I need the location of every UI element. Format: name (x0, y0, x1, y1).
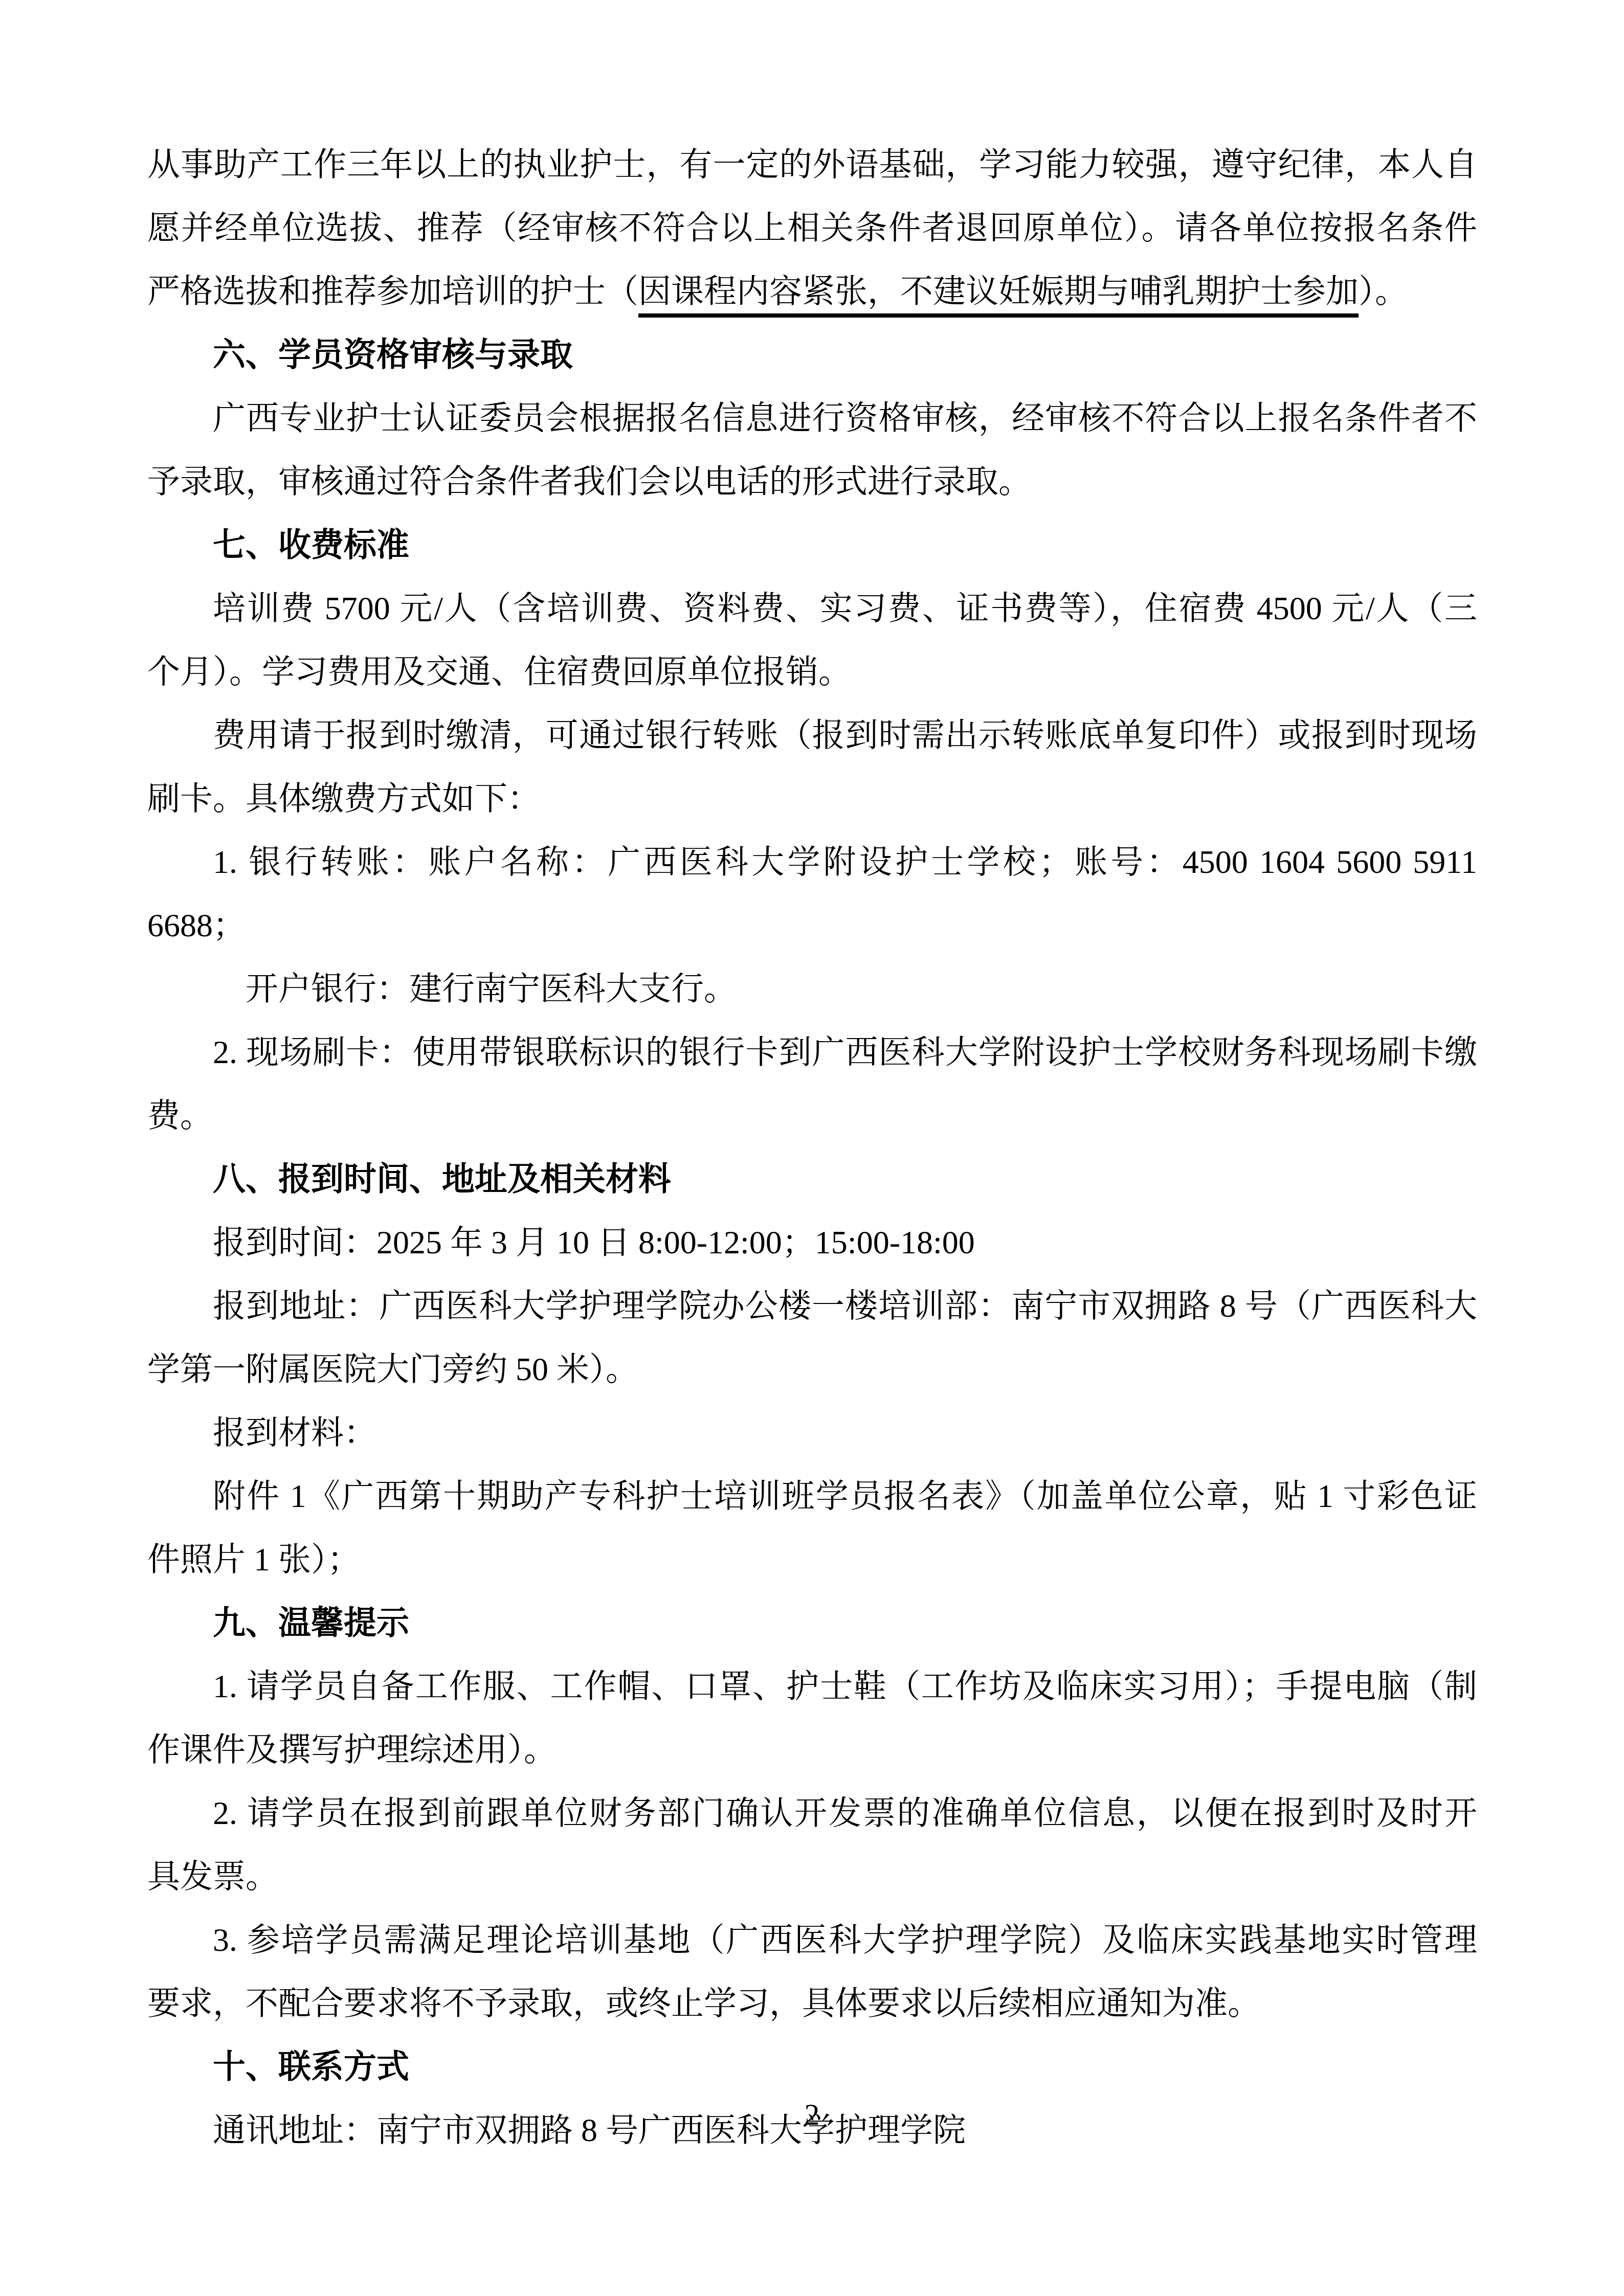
list-item-tip-1-line: 1. 请学员自备工作服、工作帽、口罩、护士鞋（工作坊及临床实习用）；手提电脑（制 (147, 1655, 1477, 1718)
heading-section-6-line: 六、学员资格审核与录取 (147, 323, 1477, 387)
list-item-tip-3-line: 3. 参培学员需满足理论培训基地（广西医科大学护理学院）及临床实践基地实时管理 (147, 1908, 1477, 1972)
text-segment: 件照片 1 张）； (147, 1541, 360, 1578)
list-item-tip-2-line: 具发票。 (147, 1845, 1477, 1908)
para-payment-due-line: 刷卡。具体缴费方式如下： (147, 767, 1477, 830)
text-segment: 十、联系方式 (213, 2049, 409, 2085)
text-segment: 七、收费标准 (213, 527, 409, 563)
page-footer: 2 (0, 2097, 1624, 2132)
text-segment: 费。 (147, 1097, 213, 1134)
text-segment: 作课件及撰写护理综述用）。 (147, 1731, 557, 1768)
text-segment: 2. 请学员在报到前跟单位财务部门确认开发票的准确单位信息，以便在报到时及时开 (213, 1795, 1477, 1831)
para-qualification-review-line: 予录取，审核通过符合条件者我们会以电话的形式进行录取。 (147, 450, 1477, 513)
underlined-text: 因课程内容紧张，不建议妊娠期与哺乳期护士参加 (638, 273, 1359, 318)
list-item-bank-transfer-line: 开户银行：建行南宁医科大支行。 (147, 957, 1477, 1021)
heading-section-10-line: 十、联系方式 (147, 2035, 1477, 2099)
heading-section-9-line: 九、温馨提示 (147, 1591, 1477, 1655)
text-segment: 个月）。学习费用及交通、住宿费回原单位报销。 (147, 654, 851, 690)
list-item-card-payment-line: 费。 (147, 1084, 1477, 1147)
text-segment: 九、温馨提示 (213, 1605, 409, 1641)
text-segment: 严格选拔和推荐参加培训的护士（ (147, 273, 638, 309)
heading-section-7-line: 七、收费标准 (147, 513, 1477, 577)
para-fees-line: 培训费 5700 元/人（含培训费、资料费、实习费、证书费等），住宿费 4500… (147, 577, 1477, 640)
para-checkin-address-line: 报到地址：广西医科大学护理学院办公楼一楼培训部：南宁市双拥路 8 号（广西医科大 (147, 1274, 1477, 1338)
list-item-tip-2-line: 2. 请学员在报到前跟单位财务部门确认开发票的准确单位信息，以便在报到时及时开 (147, 1782, 1477, 1845)
text-segment: 刷卡。具体缴费方式如下： (147, 780, 540, 817)
page-number: 2 (805, 2098, 820, 2131)
document-content: 从事助产工作三年以上的执业护士，有一定的外语基础，学习能力较强，遵守纪律，本人自… (147, 133, 1477, 2162)
heading-section-8-line: 八、报到时间、地址及相关材料 (147, 1147, 1477, 1211)
text-segment: 广西专业护士认证委员会根据报名信息进行资格审核，经审核不符合以上报名条件者不 (213, 400, 1477, 436)
text-segment: 费用请于报到时缴清，可通过银行转账（报到时需出示转账底单复印件）或报到时现场 (213, 717, 1477, 753)
text-segment: 报到材料： (213, 1414, 376, 1451)
text-segment: 1. 请学员自备工作服、工作帽、口罩、护士鞋（工作坊及临床实习用）；手提电脑（制 (213, 1668, 1477, 1704)
para-checkin-time-line: 报到时间：2025 年 3 月 10 日 8:00-12:00；15:00-18… (147, 1211, 1477, 1274)
para-recruit-conditions-line: 愿并经单位选拔、推荐（经审核不符合以上相关条件者退回原单位）。请各单位按报名条件 (147, 196, 1477, 260)
para-checkin-address-line: 学第一附属医院大门旁约 50 米）。 (147, 1338, 1477, 1401)
text-segment: 报到时间：2025 年 3 月 10 日 8:00-12:00；15:00-18… (213, 1224, 975, 1260)
text-segment: 六、学员资格审核与录取 (213, 336, 573, 373)
text-segment: 附件 1《广西第十期助产专科护士培训班学员报名表》（加盖单位公章，贴 1 寸彩色… (213, 1478, 1477, 1514)
text-segment: 愿并经单位选拔、推荐（经审核不符合以上相关条件者退回原单位）。请各单位按报名条件 (147, 210, 1477, 246)
text-segment: 从事助产工作三年以上的执业护士，有一定的外语基础，学习能力较强，遵守纪律，本人自 (147, 146, 1477, 183)
text-segment: 予录取，审核通过符合条件者我们会以电话的形式进行录取。 (147, 463, 1031, 500)
para-qualification-review-line: 广西专业护士认证委员会根据报名信息进行资格审核，经审核不符合以上报名条件者不 (147, 387, 1477, 450)
text-segment: 2. 现场刷卡：使用带银联标识的银行卡到广西医科大学附设护士学校财务科现场刷卡缴 (213, 1034, 1477, 1070)
para-fees-line: 个月）。学习费用及交通、住宿费回原单位报销。 (147, 640, 1477, 704)
para-recruit-conditions-line: 从事助产工作三年以上的执业护士，有一定的外语基础，学习能力较强，遵守纪律，本人自 (147, 133, 1477, 196)
text-segment: 培训费 5700 元/人（含培训费、资料费、实习费、证书费等），住宿费 4500… (213, 590, 1477, 626)
text-segment: 开户银行：建行南宁医科大支行。 (246, 971, 737, 1007)
text-segment: ）。 (1359, 273, 1408, 309)
list-item-tip-3-line: 要求，不配合要求将不予录取，或终止学习，具体要求以后续相应通知为准。 (147, 1972, 1477, 2035)
list-item-card-payment-line: 2. 现场刷卡：使用带银联标识的银行卡到广西医科大学附设护士学校财务科现场刷卡缴 (147, 1021, 1477, 1084)
para-payment-due-line: 费用请于报到时缴清，可通过银行转账（报到时需出示转账底单复印件）或报到时现场 (147, 704, 1477, 767)
para-attachment-1-line: 件照片 1 张）； (147, 1528, 1477, 1591)
list-item-bank-transfer-line: 1. 银行转账：账户名称：广西医科大学附设护士学校；账号：4500 1604 5… (147, 830, 1477, 957)
para-recruit-conditions-line: 严格选拔和推荐参加培训的护士（因课程内容紧张，不建议妊娠期与哺乳期护士参加）。 (147, 260, 1477, 323)
text-segment: 要求，不配合要求将不予录取，或终止学习，具体要求以后续相应通知为准。 (147, 1985, 1260, 2021)
text-segment: 八、报到时间、地址及相关材料 (213, 1161, 671, 1197)
para-checkin-materials-label-line: 报到材料： (147, 1401, 1477, 1465)
list-item-tip-1-line: 作课件及撰写护理综述用）。 (147, 1718, 1477, 1782)
document-page: 从事助产工作三年以上的执业护士，有一定的外语基础，学习能力较强，遵守纪律，本人自… (0, 0, 1624, 2296)
text-segment: 报到地址：广西医科大学护理学院办公楼一楼培训部：南宁市双拥路 8 号（广西医科大 (213, 1288, 1477, 1324)
text-segment: 3. 参培学员需满足理论培训基地（广西医科大学护理学院）及临床实践基地实时管理 (213, 1922, 1477, 1958)
text-segment: 具发票。 (147, 1858, 278, 1895)
text-segment: 1. 银行转账：账户名称：广西医科大学附设护士学校；账号：4500 1604 5… (147, 844, 1477, 943)
para-attachment-1-line: 附件 1《广西第十期助产专科护士培训班学员报名表》（加盖单位公章，贴 1 寸彩色… (147, 1465, 1477, 1528)
text-segment: 学第一附属医院大门旁约 50 米）。 (147, 1351, 638, 1387)
